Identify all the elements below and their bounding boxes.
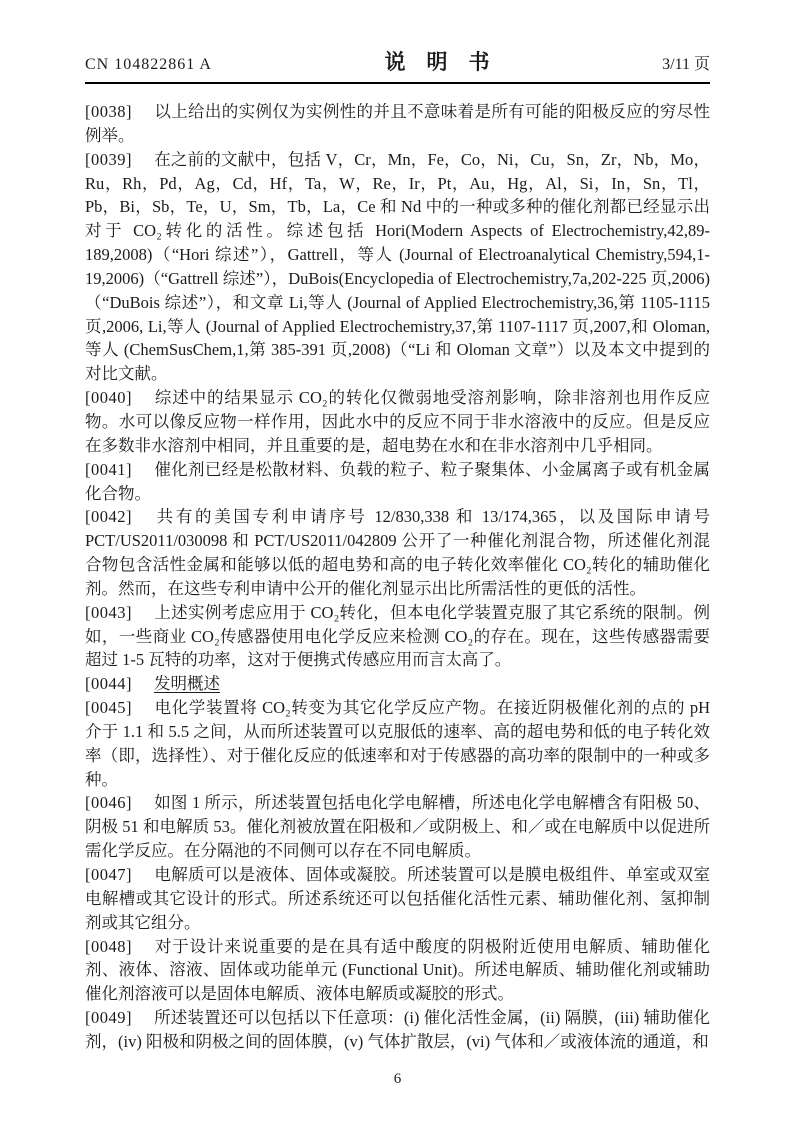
- section-heading-summary-of-invention: 发明概述: [154, 674, 220, 693]
- paragraph-0049: [0049]所述装置还可以包括以下任意项：(i) 催化活性金属，(ii) 隔膜，…: [85, 1006, 710, 1054]
- paragraph-number: [0047]: [85, 865, 154, 884]
- paragraph-0044-section-heading: [0044]发明概述: [85, 672, 710, 696]
- paragraph-0045: [0045]电化学装置将 CO₂转变为其它化学反应产物。在接近阴极催化剂的点的 …: [85, 696, 710, 791]
- paragraph-0040: [0040]综述中的结果显示 CO₂的转化仅微弱地受溶剂影响，除非溶剂也用作反应…: [85, 386, 710, 458]
- paragraph-0041: [0041]催化剂已经是松散材料、负载的粒子、粒子聚集体、小金属离子或有机金属化…: [85, 458, 710, 506]
- paragraph-text: 对于设计来说重要的是在具有适中酸度的阴极附近使用电解质、辅助催化剂、液体、溶液、…: [85, 937, 710, 1004]
- paragraph-number: [0043]: [85, 603, 154, 622]
- paragraph-text: 电解质可以是液体、固体或凝胶。所述装置可以是膜电极组件、单室或双室电解槽或其它设…: [85, 865, 710, 932]
- paragraph-number: [0039]: [85, 150, 154, 169]
- page-content: CN 104822861 A 说 明 书 3/11 页 [0038]以上给出的实…: [0, 0, 793, 1088]
- paragraph-number: [0042]: [85, 507, 154, 526]
- page-footer: 6: [85, 1071, 710, 1088]
- patent-specification-page: CN 104822861 A 说 明 书 3/11 页 [0038]以上给出的实…: [0, 0, 793, 1122]
- paragraph-number: [0049]: [85, 1008, 154, 1027]
- document-number: CN 104822861 A: [85, 56, 212, 74]
- paragraph-text: 上述实例考虑应用于 CO₂转化，但本电化学装置克服了其它系统的限制。例如，一些商…: [85, 603, 710, 670]
- paragraph-number: [0044]: [85, 674, 154, 693]
- paragraph-0048: [0048]对于设计来说重要的是在具有适中酸度的阴极附近使用电解质、辅助催化剂、…: [85, 935, 710, 1007]
- paragraph-text: 以上给出的实例仅为实例性的并且不意味着是所有可能的阳极反应的穷尽性例举。: [85, 102, 710, 145]
- page-number: 6: [394, 1071, 402, 1087]
- page-indicator: 3/11 页: [662, 51, 710, 74]
- paragraph-text: 电化学装置将 CO₂转变为其它化学反应产物。在接近阴极催化剂的点的 pH 介于 …: [85, 698, 710, 789]
- paragraph-0042: [0042]共有的美国专利申请序号 12/830,338 和 13/174,36…: [85, 505, 710, 600]
- paragraph-number: [0038]: [85, 102, 154, 121]
- paragraph-text: 催化剂已经是松散材料、负载的粒子、粒子聚集体、小金属离子或有机金属化合物。: [85, 460, 710, 503]
- specification-body: [0038]以上给出的实例仅为实例性的并且不意味着是所有可能的阳极反应的穷尽性例…: [85, 100, 710, 1054]
- paragraph-0046: [0046]如图 1 所示，所述装置包括电化学电解槽，所述电化学电解槽含有阳极 …: [85, 791, 710, 863]
- paragraph-text: 如图 1 所示，所述装置包括电化学电解槽，所述电化学电解槽含有阳极 50、阴极 …: [85, 793, 710, 860]
- header-divider: [85, 82, 710, 84]
- paragraph-0039: [0039]在之前的文献中，包括 V，Cr，Mn，Fe，Co，Ni，Cu，Sn，…: [85, 148, 710, 386]
- paragraph-number: [0040]: [85, 388, 154, 407]
- paragraph-0038: [0038]以上给出的实例仅为实例性的并且不意味着是所有可能的阳极反应的穷尽性例…: [85, 100, 710, 148]
- paragraph-text: 综述中的结果显示 CO₂的转化仅微弱地受溶剂影响，除非溶剂也用作反应物。水可以像…: [85, 388, 710, 455]
- paragraph-number: [0045]: [85, 698, 154, 717]
- paragraph-number: [0041]: [85, 460, 154, 479]
- paragraph-0043: [0043]上述实例考虑应用于 CO₂转化，但本电化学装置克服了其它系统的限制。…: [85, 601, 710, 673]
- paragraph-text: 共有的美国专利申请序号 12/830,338 和 13/174,365，以及国际…: [85, 507, 710, 598]
- document-title: 说 明 书: [385, 46, 490, 76]
- paragraph-text: 在之前的文献中，包括 V，Cr，Mn，Fe，Co，Ni，Cu，Sn，Zr，Nb，…: [85, 150, 710, 384]
- page-header: CN 104822861 A 说 明 书 3/11 页: [85, 0, 710, 76]
- paragraph-0047: [0047]电解质可以是液体、固体或凝胶。所述装置可以是膜电极组件、单室或双室电…: [85, 863, 710, 935]
- paragraph-number: [0048]: [85, 937, 154, 956]
- paragraph-text: 所述装置还可以包括以下任意项：(i) 催化活性金属，(ii) 隔膜，(iii) …: [85, 1008, 710, 1051]
- paragraph-number: [0046]: [85, 793, 154, 812]
